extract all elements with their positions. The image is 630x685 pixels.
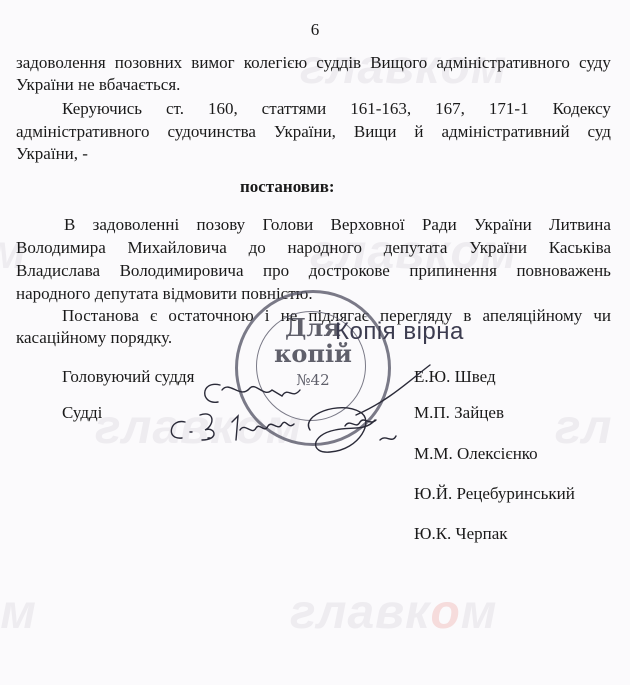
page-number: 6: [0, 20, 630, 40]
watermark: главком: [290, 585, 497, 640]
paragraph-line: адміністративногосудочинстваУкраїни,Вищи…: [16, 121, 611, 143]
paragraph-line: ВолодимираМихайловичадонародногодепутата…: [16, 237, 611, 259]
paragraph-line: України, -: [16, 143, 88, 165]
judges-label: Судді: [62, 402, 102, 424]
judge-name: Ю.К. Черпак: [414, 523, 508, 545]
judge-name: Ю.Й. Рецебуринський: [414, 483, 575, 505]
paragraph-line: Керуючисьст.160,статтями161-163,167,171-…: [62, 98, 611, 120]
watermark: ом: [0, 585, 37, 640]
certified-copy-stamp: Копія вірна: [335, 318, 464, 346]
paragraph-line: ВладиславаВолодимировичапродостроковепри…: [16, 260, 611, 282]
watermark: гл: [555, 400, 612, 455]
signature-scribble: [160, 360, 440, 460]
paragraph-line: задоволенняпозовнихвимогколегієюсуддівВи…: [16, 52, 611, 74]
resolution-heading: постановив:: [240, 176, 335, 198]
paragraph-line: України не вбачається.: [16, 74, 180, 96]
paragraph-line: касаційному порядку.: [16, 327, 172, 349]
paragraph-line: ВзадоволенніпозовуГоловиВерховноїРадиУкр…: [64, 214, 611, 236]
paragraph-line: народного депутата відмовити повністю.: [16, 283, 313, 305]
